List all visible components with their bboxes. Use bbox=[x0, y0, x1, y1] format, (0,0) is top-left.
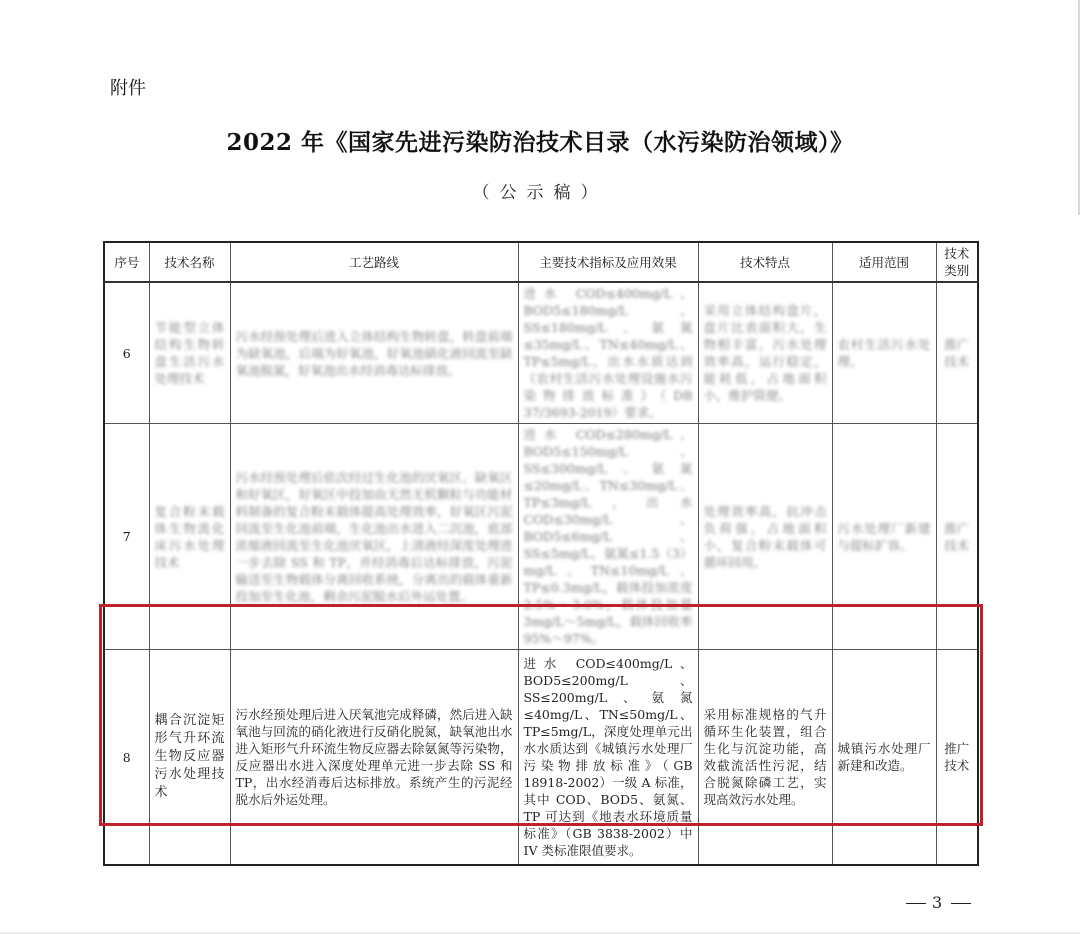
metrics-cell: 进水 COD≤400mg/L、BOD5≤200mg/L、SS≤200mg/L、氨… bbox=[518, 650, 698, 866]
header-process-route: 工艺路线 bbox=[230, 242, 518, 282]
dash-right bbox=[951, 903, 971, 904]
tech-name-cell: 复合粉末载体生物流化床污水处理技术 bbox=[149, 424, 230, 650]
scope-cell: 农村生活污水处理。 bbox=[832, 282, 936, 424]
document-subtitle: （公示稿） bbox=[0, 178, 1080, 203]
header-metrics: 主要技术指标及应用效果 bbox=[518, 242, 698, 282]
table-row: 6 节能型立体结构生物转盘生活污水处理技术 污水经预处理后进入立体结构生物转盘，… bbox=[104, 282, 978, 424]
attachment-label: 附件 bbox=[110, 74, 146, 100]
features-cell: 处理效率高，抗冲击负荷强，占地面积小，复合粉末载体可循环回用。 bbox=[698, 424, 832, 650]
row-no: 7 bbox=[104, 424, 149, 650]
scope-cell: 城镇污水处理厂新建和改造。 bbox=[832, 650, 936, 866]
table-header-row: 序号 技术名称 工艺路线 主要技术指标及应用效果 技术特点 适用范围 技术类别 bbox=[104, 242, 978, 282]
metrics-cell: 进水 COD≤400mg/L、BOD5≤180mg/L、SS≤180mg/L、氨… bbox=[518, 282, 698, 424]
scope-cell: 污水处理厂新建与提标扩容。 bbox=[832, 424, 936, 650]
table-row: 7 复合粉末载体生物流化床污水处理技术 污水经预处理后依次经过生化池的厌氧区、缺… bbox=[104, 424, 978, 650]
row-no: 6 bbox=[104, 282, 149, 424]
header-scope: 适用范围 bbox=[832, 242, 936, 282]
process-route-cell: 污水经预处理后依次经过生化池的厌氧区、缺氧区和好氧区，好氧区中投加由天然无机颗粒… bbox=[230, 424, 518, 650]
page-number: 3 bbox=[900, 893, 977, 912]
features-cell: 采用立体结构盘片，盘片比表面积大，生物相丰富，污水处理效率高，运行稳定，能耗低，… bbox=[698, 282, 832, 424]
process-route-cell: 污水经预处理后进入立体结构生物转盘，转盘前端为缺氧池，后端为好氧池，好氧池硝化液… bbox=[230, 282, 518, 424]
category-cell: 推广技术 bbox=[936, 282, 978, 424]
header-features: 技术特点 bbox=[698, 242, 832, 282]
document-title: 2022 年《国家先进污染防治技术目录（水污染防治领域）》 bbox=[0, 124, 1080, 157]
category-cell: 推广技术 bbox=[936, 424, 978, 650]
metrics-cell: 进水 COD≤280mg/L、BOD5≤150mg/L、SS≤300mg/L、氨… bbox=[518, 424, 698, 650]
tech-name-cell: 耦合沉淀矩形气升环流生物反应器污水处理技术 bbox=[149, 650, 230, 866]
features-cell: 采用标准规格的气升循环生化装置，组合生化与沉淀功能，高效截流活性污泥，结合脱氮除… bbox=[698, 650, 832, 866]
dash-left bbox=[906, 903, 926, 904]
header-tech-name: 技术名称 bbox=[149, 242, 230, 282]
table-row-highlighted: 8 耦合沉淀矩形气升环流生物反应器污水处理技术 污水经预处理后进入厌氧池完成释磷… bbox=[104, 650, 978, 866]
tech-name-cell: 节能型立体结构生物转盘生活污水处理技术 bbox=[149, 282, 230, 424]
row-no: 8 bbox=[104, 650, 149, 866]
process-route-cell: 污水经预处理后进入厌氧池完成释磷，然后进入缺氧池与回流的硝化液进行反硝化脱氮，缺… bbox=[230, 650, 518, 866]
header-no: 序号 bbox=[104, 242, 149, 282]
technology-catalog-table: 序号 技术名称 工艺路线 主要技术指标及应用效果 技术特点 适用范围 技术类别 … bbox=[103, 241, 979, 866]
category-cell: 推广技术 bbox=[936, 650, 978, 866]
header-category: 技术类别 bbox=[936, 242, 978, 282]
page-number-value: 3 bbox=[932, 893, 945, 912]
